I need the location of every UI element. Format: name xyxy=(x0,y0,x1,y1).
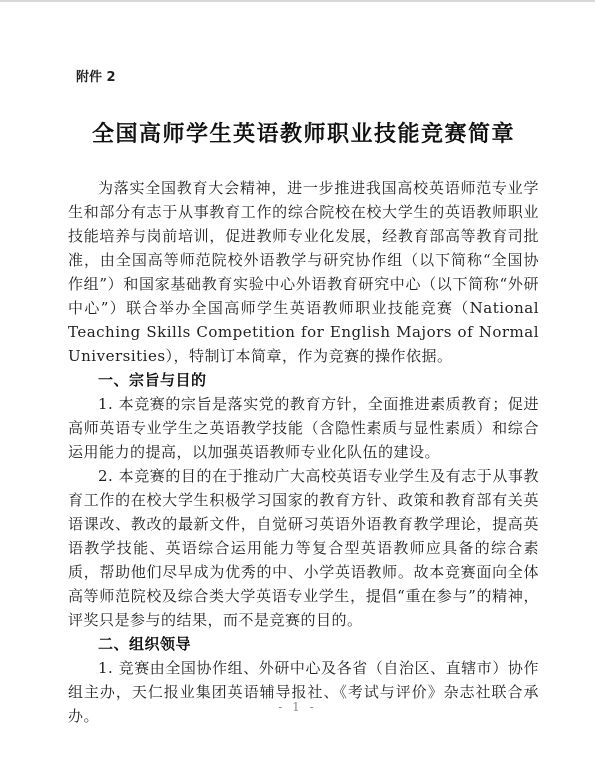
section-heading-organization: 二、组织领导 xyxy=(68,632,539,656)
section-heading-purpose: 一、宗旨与目的 xyxy=(68,368,539,392)
section-paragraph: 1. 竞赛由全国协作组、外研中心及各省（自治区、直辖市）协作组主办，天仁报业集团… xyxy=(68,656,539,728)
section-paragraph: 1. 本竞赛的宗旨是落实党的教育方针，全面推进素质教育；促进高师英语专业学生之英… xyxy=(68,392,539,464)
attachment-label: 附件 2 xyxy=(76,66,539,85)
intro-paragraph: 为落实全国教育大会精神，进一步推进我国高校英语师范专业学生和部分有志于从事教育工… xyxy=(68,176,539,368)
page-number: - 1 - xyxy=(0,700,595,714)
section-paragraph: 2. 本竞赛的目的在于推动广大高校英语专业学生及有志于从事教育工作的在校大学生积… xyxy=(68,464,539,632)
document-title: 全国高师学生英语教师职业技能竞赛简章 xyxy=(68,117,539,148)
document-page: 附件 2 全国高师学生英语教师职业技能竞赛简章 为落实全国教育大会精神，进一步推… xyxy=(0,0,595,782)
